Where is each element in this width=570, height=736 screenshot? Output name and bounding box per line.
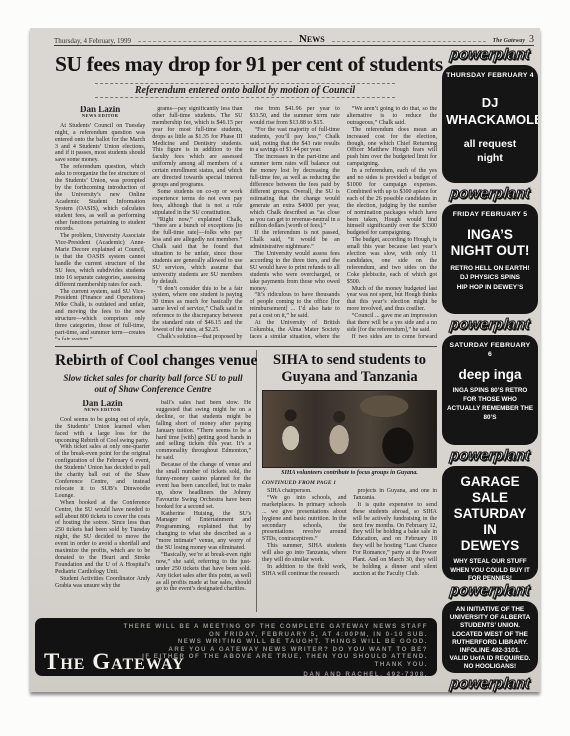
staff-meeting-banner: THERE WILL BE A MEETING OF THE COMPLETE … xyxy=(35,618,437,676)
event-title: GARAGE SALE SATURDAY IN DEWEYS xyxy=(446,474,534,554)
masthead-right: The Gateway 3 xyxy=(493,34,535,45)
lead-subhead: Referendum entered onto ballot by motion… xyxy=(95,83,395,98)
siha-photo xyxy=(262,390,437,468)
rebirth-article: Rebirth of Cool changes venue Slow ticke… xyxy=(55,352,251,598)
powerplant-logo: powerplant xyxy=(441,447,539,464)
section-title: News xyxy=(299,34,325,45)
lead-article-body: Dan Lazin News Editor At Students’ Counc… xyxy=(55,106,437,340)
event-details: all request night xyxy=(446,137,534,165)
lead-byline: Dan Lazin News Editor xyxy=(55,106,145,120)
rebirth-subhead: Slow ticket sales for charity ball force… xyxy=(55,373,251,394)
siha-column-2: projects in Guyana, and one in Tanzania.… xyxy=(353,488,438,606)
masthead: Thursday, 4 February, 1999 News The Gate… xyxy=(54,32,534,46)
event-title: deep inga xyxy=(446,367,534,382)
section-divider-vertical xyxy=(256,350,257,612)
rebirth-byline: Dan Lazin News Editor xyxy=(55,400,150,414)
lead-column-4: “We aren’t going to do that, so the alte… xyxy=(347,106,437,340)
lead-column-2: grams—pay significantly less than other … xyxy=(152,106,242,340)
event-details: WHY STEAL OUR STUFF WHEN YOU COULD BUY I… xyxy=(446,558,534,580)
banner-line: ON FRIDAY, FEBRUARY 5, AT 4:00PM, IN 0-1… xyxy=(44,631,428,639)
lead-headline: SU fees may drop for 91 per cent of stud… xyxy=(55,52,437,77)
siha-headline: SIHA to send students to Guyana and Tanz… xyxy=(262,352,437,385)
masthead-rule-left xyxy=(138,41,292,42)
lead-column-1: Dan Lazin News Editor At Students’ Counc… xyxy=(55,106,145,340)
event-details: RETRO HELL ON EARTH! DJ PHYSICS SPINS HI… xyxy=(446,264,534,293)
banner-line: NEWS WRITING WILL BE TAUGHT. THINGS WILL… xyxy=(44,638,428,646)
byline-name: Dan Lazin xyxy=(55,106,145,113)
paper-name: The Gateway xyxy=(493,38,526,44)
rebirth-article-body: Dan Lazin News Editor Cool seems to be g… xyxy=(55,400,251,598)
powerplant-logo: powerplant xyxy=(441,675,539,692)
event-block-garage-sale: GARAGE SALE SATURDAY IN DEWEYS WHY STEAL… xyxy=(442,466,538,580)
byline-name: Dan Lazin xyxy=(55,400,150,407)
section-divider-horizontal xyxy=(55,346,437,347)
byline-title: News Editor xyxy=(55,113,145,120)
powerplant-logo: powerplant xyxy=(441,185,539,202)
siha-article-body: SIHA chairperson.“We go into schools, an… xyxy=(262,488,437,606)
info-block: AN INITIATIVE OF THE UNIVERSITY OF ALBER… xyxy=(442,601,538,673)
page-number: 3 xyxy=(529,34,534,45)
event-date: FRIDAY FEBRUARY 5 xyxy=(446,211,534,220)
masthead-rule-right xyxy=(332,41,486,42)
lead-column-3: rise from $41.96 per year to $33.50, and… xyxy=(250,106,340,340)
event-block-thursday: THURSDAY FEBRUARY 4 DJ WHACKAMOLE all re… xyxy=(442,65,538,183)
lead-column-1-text: At Students’ Council on Tuesday night, a… xyxy=(55,123,145,340)
banner-line: THERE WILL BE A MEETING OF THE COMPLETE … xyxy=(44,623,428,631)
powerplant-ad-column: powerplant THURSDAY FEBRUARY 4 DJ WHACKA… xyxy=(442,45,538,693)
powerplant-logo: powerplant xyxy=(441,46,539,63)
event-details: INGA SPINS 80’S RETRO FOR THOSE WHO ACTU… xyxy=(446,386,534,422)
rebirth-column-1-text: Cool seems to be going out of style, the… xyxy=(55,417,150,590)
newspaper-page: Thursday, 4 February, 1999 News The Gate… xyxy=(30,28,540,692)
siha-article: SIHA to send students to Guyana and Tanz… xyxy=(262,352,437,606)
siha-photo-caption: SIHA volunteers contribute to focus grou… xyxy=(262,470,437,476)
powerplant-logo: powerplant xyxy=(441,316,539,333)
venue-info: AN INITIATIVE OF THE UNIVERSITY OF ALBER… xyxy=(446,606,534,672)
continued-from-label: CONTINUED FROM PAGE 1 xyxy=(262,480,437,486)
event-block-saturday: SATURDAY FEBRUARY 6 deep inga INGA SPINS… xyxy=(442,335,538,445)
powerplant-logo: powerplant xyxy=(441,582,539,599)
gateway-logo: The Gateway xyxy=(44,650,185,673)
issue-date: Thursday, 4 February, 1999 xyxy=(54,37,131,45)
rebirth-column-1: Dan Lazin News Editor Cool seems to be g… xyxy=(55,400,150,598)
byline-title: News Editor xyxy=(55,407,150,414)
event-date: SATURDAY FEBRUARY 6 xyxy=(446,342,534,359)
event-date: THURSDAY FEBRUARY 4 xyxy=(446,72,534,81)
main-content: SU fees may drop for 91 per cent of stud… xyxy=(55,50,437,676)
rebirth-column-2: ball’s sales had been slow. He suggested… xyxy=(156,400,251,598)
siha-column-1: SIHA chairperson.“We go into schools, an… xyxy=(262,488,347,606)
event-title: INGA’S NIGHT OUT! xyxy=(446,227,534,259)
rebirth-headline: Rebirth of Cool changes venue xyxy=(55,352,251,370)
event-block-friday: FRIDAY FEBRUARY 5 INGA’S NIGHT OUT! RETR… xyxy=(442,204,538,314)
event-title: DJ WHACKAMOLE xyxy=(446,94,534,128)
